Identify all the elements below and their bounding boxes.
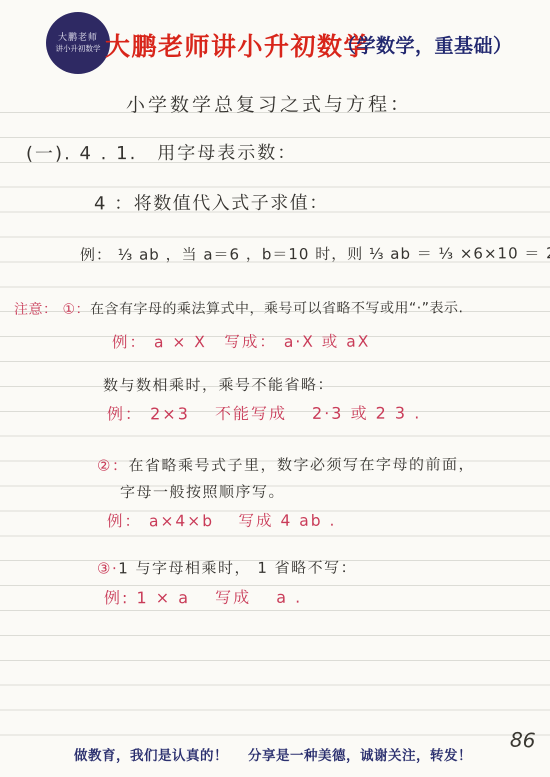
page-number: 86: [510, 728, 536, 753]
notice-3-body: 1 与字母相乘时， 1 省略不写：: [118, 559, 357, 578]
notice-2-label: ②：: [97, 457, 129, 475]
notice-1-label: 注意： ①：: [14, 302, 90, 318]
note-line-example-fraction: 例： ⅓ ab ，当 a＝6 ，b＝10 时，则 ⅓ ab ＝ ⅓ ×6×10 …: [80, 242, 550, 265]
note-line-example-axx: 例： a × X 写成： a·X 或 aX: [112, 330, 370, 353]
footer-slogan-left: 做教育，我们是认真的！: [74, 744, 228, 764]
note-title: 小学数学总复习之式与方程：: [126, 90, 412, 118]
note-line-notice-3: ③·1 与字母相乘时， 1 省略不写：: [97, 557, 357, 579]
brand-title: 大鹏老师讲小升初数学: [105, 27, 370, 63]
footer-slogan-right: 分享是一种美德，诚谢关注，转发！: [248, 744, 472, 764]
notice-2-body: 在省略乘号式子里，数字必须写在字母的前面，: [128, 455, 475, 474]
notebook-page: 大鹏老师 讲小升初数学 大鹏老师讲小升初数学 （学数学，重基础） 小学数学总复习…: [0, 0, 550, 777]
note-line-notice-1: 注意： ①：在含有字母的乘法算式中，乘号可以省略不写或用“·”表示.: [14, 297, 463, 319]
note-line-example-ax4xb: 例： a×4×b 写成 4 ab .: [107, 509, 337, 532]
note-line-notice-2: ②：在省略乘号式子里，数字必须写在字母的前面，: [97, 453, 475, 475]
note-line-number-times-number: 数与数相乘时，乘号不能省略：: [103, 374, 334, 396]
note-line-example-1xa: 例: 1 × a 写成 a .: [104, 585, 302, 609]
note-line-substitute: 4 ：将数值代入式子求值：: [94, 189, 329, 216]
notice-3-label: ③·: [97, 559, 118, 577]
brand-logo: 大鹏老师 讲小升初数学: [46, 12, 110, 74]
brand-subtitle: （学数学，重基础）: [337, 31, 513, 58]
note-line-example-2x3: 例： 2×3 不能写成 2·3 或 2 3 .: [107, 400, 421, 424]
logo-text-line1: 大鹏老师: [58, 32, 98, 44]
logo-text-line2: 讲小升初数学: [56, 44, 101, 54]
notice-1-body: 在含有字母的乘法算式中，乘号可以省略不写或用“·”表示.: [90, 300, 463, 317]
note-line-numbering: (一). 4 . 1. 用字母表示数：: [26, 139, 297, 166]
note-line-letter-order: 字母一般按照顺序写。: [120, 481, 285, 503]
